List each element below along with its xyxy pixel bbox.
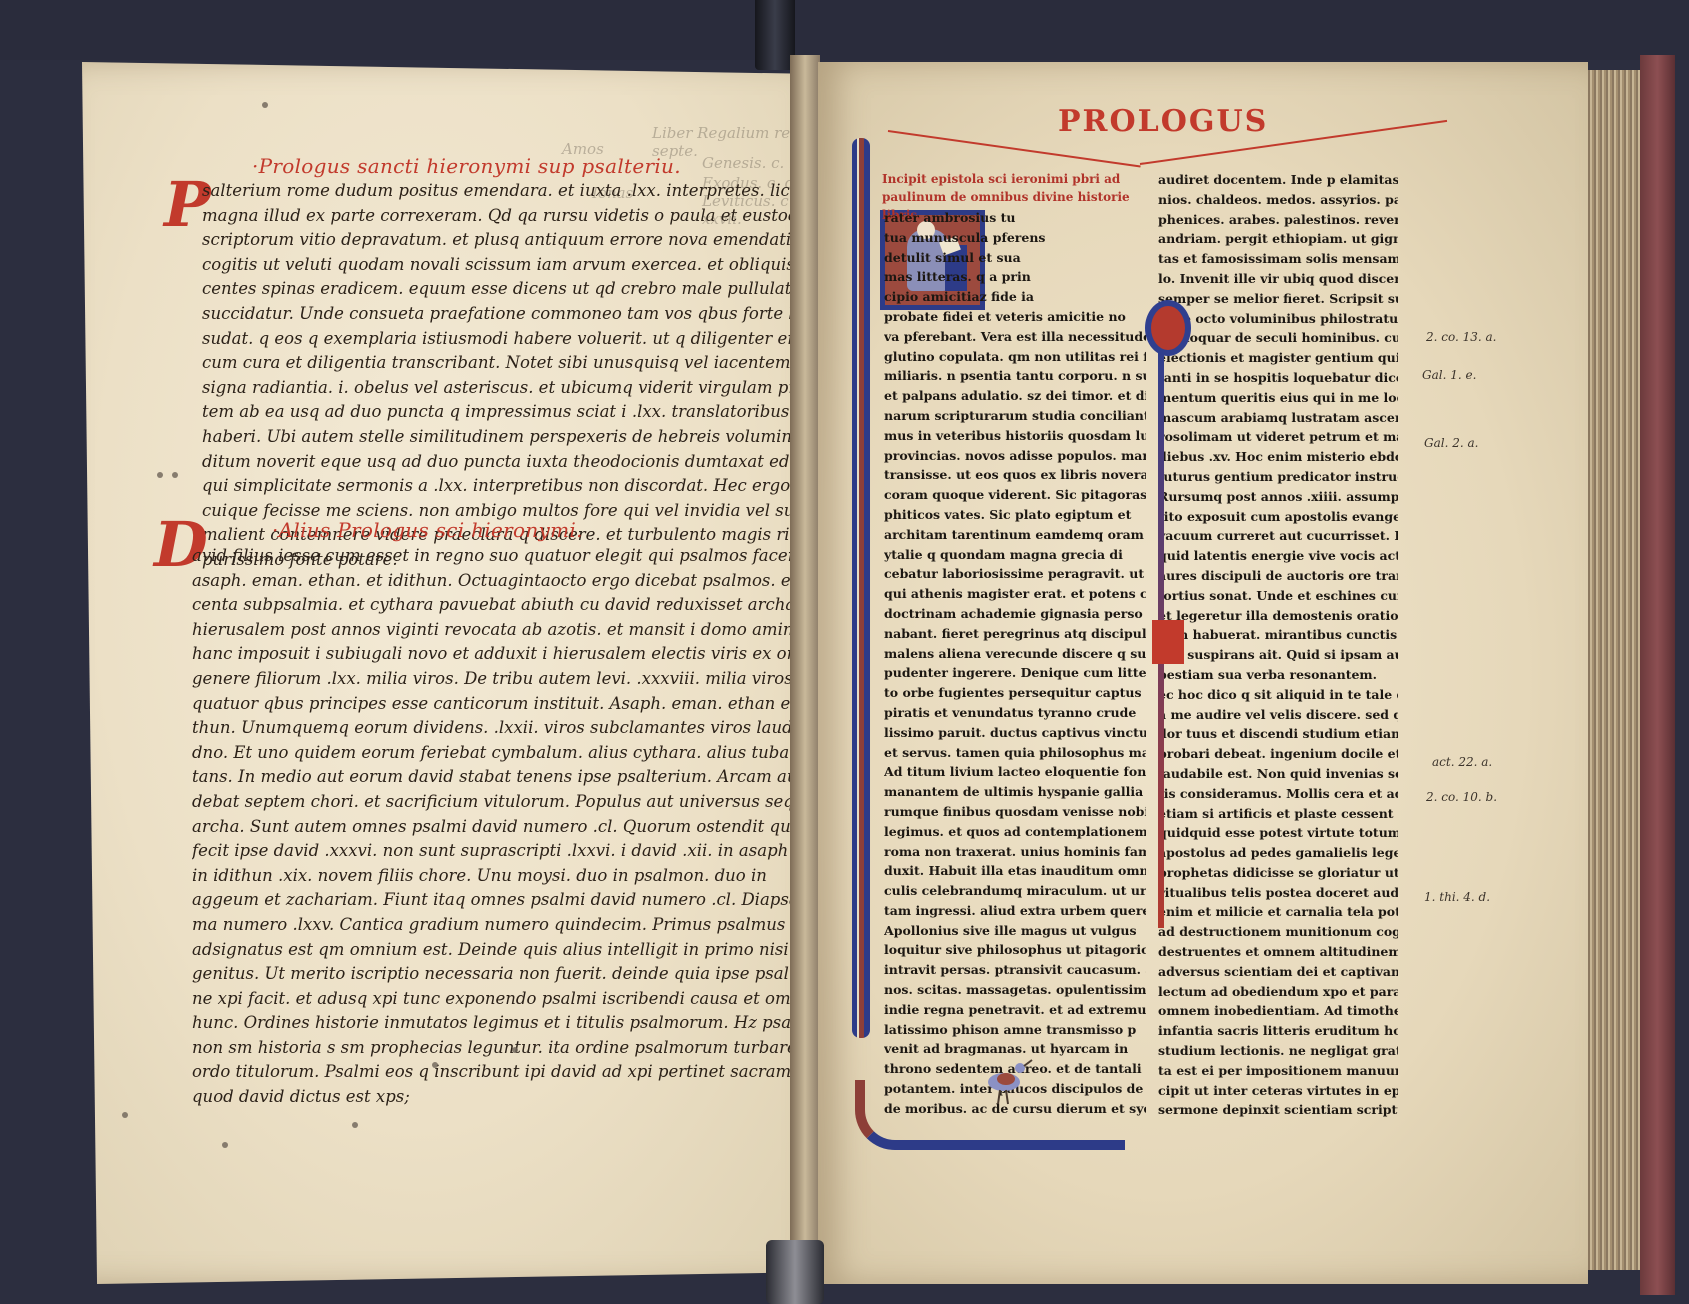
text-line: andriam. pergit ethiopiam. ut gignosofis bbox=[1158, 229, 1398, 249]
text-line: quidquid esse potest virtute totum est. … bbox=[1158, 823, 1398, 843]
text-line: archa. Sunt autem omnes psalmi david num… bbox=[192, 815, 812, 840]
text-line: lo. Invenit ille vir ubiq quod disceret.… bbox=[1158, 269, 1398, 289]
text-line: qui simplicitate sermonis a .lxx. interp… bbox=[202, 474, 812, 499]
text-line: bestiam sua verba resonantem. bbox=[1158, 665, 1398, 685]
worm-hole bbox=[122, 1112, 128, 1118]
text-line: diebus .xv. Hoc enim misterio ebdomadis … bbox=[1158, 447, 1398, 467]
text-line: fortius sonat. Unde et eschines cum rodi… bbox=[1158, 586, 1398, 606]
initial-Q bbox=[1145, 300, 1191, 356]
running-title: PROLOGUS bbox=[1058, 104, 1268, 139]
text-line: cogitis ut veluti quodam novali scissum … bbox=[202, 253, 812, 278]
text-line: phiticos vates. Sic plato egiptum et bbox=[884, 505, 1146, 525]
text-line: provincias. novos adisse populos. maria bbox=[884, 446, 1146, 466]
text-line: ad destructionem munitionum cogitationes bbox=[1158, 922, 1398, 942]
text-line: cum cura et diligentia transcribant. Not… bbox=[202, 351, 812, 376]
marginal-note: 2. co. 10. b. bbox=[1426, 790, 1497, 804]
text-line: quatuor qbus principes esse canticorum i… bbox=[192, 692, 812, 717]
text-line: pudenter ingerere. Denique cum litteras … bbox=[884, 663, 1146, 683]
text-line: nios. chaldeos. medos. assyrios. parthos… bbox=[1158, 190, 1398, 210]
text-line: signa radiantia. i. obelus vel asteriscu… bbox=[202, 376, 812, 401]
text-line: tito exposuit cum apostolis evangelium n… bbox=[1158, 507, 1398, 527]
text-line: mus in veteribus historiis quosdam lustr… bbox=[884, 426, 1146, 446]
top-clasp bbox=[755, 0, 795, 70]
worm-hole bbox=[157, 472, 163, 478]
text-line: et legeretur illa demostenis oratio quam… bbox=[1158, 606, 1398, 626]
text-line: ta est ei per impositionem manuum presby… bbox=[1158, 1061, 1398, 1081]
text-line: sermone depinxit scientiam scripturarum.… bbox=[1158, 1100, 1398, 1120]
worm-hole bbox=[512, 1047, 518, 1053]
text-line: va pferebant. Vera est illa necessitudo bbox=[884, 327, 1146, 347]
text-line: dor tuus et discendi studium etiam absq … bbox=[1158, 724, 1398, 744]
text-line: thun. Unumquemq eorum dividens. .lxxii. … bbox=[192, 716, 812, 741]
text-line: non sm historia s sm prophecias leguntur… bbox=[192, 1036, 812, 1061]
text-line: bus suspirans ait. Quid si ipsam audisse… bbox=[1158, 645, 1398, 665]
text-line: succidatur. Unde consueta praefatione co… bbox=[202, 302, 812, 327]
text-line: enim et milicie et carnalia tela potenti… bbox=[1158, 902, 1398, 922]
text-line: rater ambrosius tu bbox=[884, 208, 1146, 228]
text-line: cebatur laboriosissime peragravit. ut bbox=[884, 564, 1146, 584]
prologue-text: salterium rome dudum positus emendara. e… bbox=[202, 179, 812, 573]
text-line: genitus. Ut merito iscriptio necessaria … bbox=[192, 962, 812, 987]
text-line: phenices. arabes. palestinos. reversus a… bbox=[1158, 210, 1398, 230]
backdrop bbox=[0, 0, 1689, 60]
worm-hole bbox=[222, 1142, 228, 1148]
text-line: electionis et magister gentium qui de co… bbox=[1158, 348, 1398, 368]
text-line: hunc. Ordines historie inmutatos legimus… bbox=[192, 1011, 812, 1036]
text-line: tua munuscula pferens bbox=[884, 228, 1146, 248]
text-line: mascum arabiamq lustratam ascendit ie bbox=[1158, 408, 1398, 428]
text-line: Apollonius sive ille magus ut vulgus bbox=[884, 921, 1146, 941]
worm-hole bbox=[262, 102, 268, 108]
text-line: audiret docentem. Inde p elamitas babilo bbox=[1158, 170, 1398, 190]
gutter bbox=[790, 55, 820, 1280]
text-line: dno. Et uno quidem eorum feriebat cymbal… bbox=[192, 741, 812, 766]
text-line: adversus scientiam dei et captivantes om… bbox=[1158, 962, 1398, 982]
text-line: fecit ipse david .xxxvi. non sunt supras… bbox=[192, 839, 812, 864]
text-line: asaph. eman. ethan. et idithun. Octuagin… bbox=[192, 569, 812, 594]
text-line: detulit simul et sua bbox=[884, 248, 1146, 268]
marginal-note: Gal. 1. e. bbox=[1422, 368, 1476, 382]
text-line: centes spinas eradicem. equum esse dicen… bbox=[202, 277, 812, 302]
text-line: hierusalem post annos viginti revocata a… bbox=[192, 618, 812, 643]
text-line: ec hoc dico q sit aliquid in te tale quo… bbox=[1158, 685, 1398, 705]
text-line: aures discipuli de auctoris ore transfus… bbox=[1158, 566, 1398, 586]
text-line: omnem inobedientiam. Ad timotheum scribi… bbox=[1158, 1001, 1398, 1021]
text-line: nabant. fieret peregrinus atq discipulus… bbox=[884, 624, 1146, 644]
text-line: infantia sacris litteris eruditum hortat… bbox=[1158, 1021, 1398, 1041]
text-line: laudabile est. Non quid invenias sed qui… bbox=[1158, 764, 1398, 784]
text-line: hanc imposuit i subiugali novo et adduxi… bbox=[192, 642, 812, 667]
text-line: haberi. Ubi autem stelle similitudinem p… bbox=[202, 425, 812, 450]
text-line: indie regna penetravit. et ad extremum bbox=[884, 1000, 1146, 1020]
text-line: duxit. Habuit illa etas inauditum omnibu… bbox=[884, 861, 1146, 881]
marginal-note: act. 22. a. bbox=[1432, 755, 1492, 769]
text-line: lectum ad obediendum xpo et parati ulcis… bbox=[1158, 982, 1398, 1002]
text-line: legimus. et quos ad contemplationem sui bbox=[884, 822, 1146, 842]
text-line: tam ingressi. aliud extra urbem quereren… bbox=[884, 901, 1146, 921]
marginal-note: Gal. 2. a. bbox=[1424, 436, 1478, 450]
second-prologue-text: avid filius iesse cum esset in regno suo… bbox=[192, 544, 812, 1110]
text-line: centa subpsalmia. et cythara pavuebat ab… bbox=[192, 593, 812, 618]
fore-edge bbox=[1588, 70, 1648, 1270]
text-line: miliaris. n psentia tantu corporu. n sub… bbox=[884, 366, 1146, 386]
text-line: ritualibus telis postea doceret audenter… bbox=[1158, 883, 1398, 903]
text-line: vacuum curreret aut cucurrisset. Habet n… bbox=[1158, 526, 1398, 546]
leather-cover bbox=[1640, 55, 1675, 1295]
text-line: sudat. q eos q exemplaria istiusmodi hab… bbox=[202, 327, 812, 352]
text-line: nos. scitas. massagetas. opulentissima bbox=[884, 980, 1146, 1000]
text-line: futurus gentium predicator instruendus e… bbox=[1158, 467, 1398, 487]
text-line: roma non traxerat. unius hominis fama pe… bbox=[884, 842, 1146, 862]
text-line: cipio amicitiaz fide ia bbox=[884, 287, 1146, 307]
text-line: cipit ut inter ceteras virtutes in episc… bbox=[1158, 1081, 1398, 1101]
text-line: etiam si artificis et plaste cessent man… bbox=[1158, 804, 1398, 824]
text-line: avid filius iesse cum esset in regno suo… bbox=[192, 544, 812, 569]
text-line: ne xpi facit. et adusq xpi tunc exponend… bbox=[192, 987, 812, 1012]
text-line: latissimo phison amne transmisso p bbox=[884, 1020, 1146, 1040]
text-line: Rursumq post annos .xiiii. assumpto barn… bbox=[1158, 487, 1398, 507]
text-line: salterium rome dudum positus emendara. e… bbox=[202, 179, 812, 204]
text-line: sime octo voluminibus philostratus. bbox=[1158, 309, 1398, 329]
text-line: probate fidei et veteris amicitie no bbox=[884, 307, 1146, 327]
text-line: architam tarentinum eamdemq oram bbox=[884, 525, 1146, 545]
text-line: ordo titulorum. Psalmi eos q inscribunt … bbox=[192, 1060, 812, 1085]
text-column-b: audiret docentem. Inde p elamitas babilo… bbox=[1158, 170, 1398, 1120]
text-line: quod david dictus est xps; bbox=[192, 1085, 812, 1110]
text-line: transisse. ut eos quos ex libris noveran… bbox=[884, 465, 1146, 485]
text-line: loquitur sive philosophus ut pitagorici … bbox=[884, 940, 1146, 960]
text-line: tem ab ea usq ad duo puncta q impressimu… bbox=[202, 400, 812, 425]
text-line: qui athenis magister erat. et potens cui… bbox=[884, 584, 1146, 604]
initial-N bbox=[1152, 620, 1184, 664]
text-line: et servus. tamen quia philosophus maior … bbox=[884, 743, 1146, 763]
text-line: semper se melior fieret. Scripsit super … bbox=[1158, 289, 1398, 309]
text-line: mas litteras. q a prin bbox=[884, 267, 1146, 287]
text-line: in idithun .xix. novem filiis chore. Unu… bbox=[192, 864, 812, 889]
text-line: Ad titum livium lacteo eloquentie fonte bbox=[884, 762, 1146, 782]
text-line: studium lectionis. ne negligat gratiam q… bbox=[1158, 1041, 1398, 1061]
text-line: aggeum et zachariam. Fiunt itaq omnes ps… bbox=[192, 888, 812, 913]
text-line: intravit persas. ptransivit caucasum. al… bbox=[884, 960, 1146, 980]
text-line: adsignatus est qm omnium est. Deinde qui… bbox=[192, 938, 812, 963]
text-line: magna illud ex parte correxeram. Qd qa r… bbox=[202, 204, 812, 229]
text-line: a me audire vel velis discere. sed quia … bbox=[1158, 705, 1398, 725]
text-line: scriptorum vitio depravatum. et plusq an… bbox=[202, 228, 812, 253]
text-line: ma numero .lxxv. Cantica gradium numero … bbox=[192, 913, 812, 938]
text-line: ditum noverit eque usq ad duo puncta iux… bbox=[202, 450, 812, 475]
text-line: ytalie q quondam magna grecia di bbox=[884, 545, 1146, 565]
text-line: debat septem chori. et sacrificium vitul… bbox=[192, 790, 812, 815]
show-through-note: Genesis. c. i. bbox=[702, 154, 799, 172]
text-line: lissimo paruit. ductus captivus vinctus bbox=[884, 723, 1146, 743]
text-line: tans. In medio aut eorum david stabat te… bbox=[192, 765, 812, 790]
text-line: tis consideramus. Mollis cera et ad form… bbox=[1158, 784, 1398, 804]
worm-hole bbox=[352, 1122, 358, 1128]
text-line: piratis et venundatus tyranno crude bbox=[884, 703, 1146, 723]
worm-hole bbox=[172, 472, 178, 478]
text-line: apostolus ad pedes gamalielis legem moys… bbox=[1158, 843, 1398, 863]
text-line: narum scripturarum studia conciliant. Le… bbox=[884, 406, 1146, 426]
text-line: uid loquar de seculi hominibus. cum apos… bbox=[1158, 328, 1398, 348]
text-line: glutino copulata. qm non utilitas rei fa bbox=[884, 347, 1146, 367]
text-line: rumque finibus quosdam venisse nobiles bbox=[884, 802, 1146, 822]
marginal-note: 1. thi. 4. d. bbox=[1424, 890, 1490, 904]
marginal-note: 2. co. 13. a. bbox=[1426, 330, 1497, 344]
bottom-clasp bbox=[766, 1240, 824, 1304]
text-line: prophetas didicisse se gloriatur ut arma… bbox=[1158, 863, 1398, 883]
border-vine bbox=[852, 138, 870, 1038]
text-line: destruentes et omnem altitudinem extolle… bbox=[1158, 942, 1398, 962]
worm-hole bbox=[432, 1062, 438, 1068]
text-line: malens aliena verecunde discere q sua im bbox=[884, 644, 1146, 664]
text-line: rosolimam ut videret petrum et mansit ap… bbox=[1158, 427, 1398, 447]
text-line: tanti in se hospitis loquebatur dicens. … bbox=[1158, 368, 1398, 388]
second-prologue-heading: ·Alius Prologus sci hieronymi. bbox=[272, 518, 583, 542]
text-line: coram quoque viderent. Sic pitagoras me bbox=[884, 485, 1146, 505]
text-line: et palpans adulatio. sz dei timor. et di… bbox=[884, 386, 1146, 406]
text-line: probari debeat. ingenium docile et sine … bbox=[1158, 744, 1398, 764]
text-line: tas et famosissimam solis mensam videret… bbox=[1158, 249, 1398, 269]
text-line: to orbe fugientes persequitur captus a bbox=[884, 683, 1146, 703]
left-folio: Liber Regalium reg. septe. Amos Genesis.… bbox=[82, 62, 834, 1284]
prologue-heading: ·Prologus sancti hieronymi sup psalteriu… bbox=[252, 154, 681, 178]
text-line: eum habuerat. mirantibus cunctis atq lau… bbox=[1158, 625, 1398, 645]
text-line: manantem de ultimis hyspanie gallia bbox=[884, 782, 1146, 802]
text-line: culis celebrandumq miraculum. ut urbem t… bbox=[884, 881, 1146, 901]
text-line: quid latentis energie vive vocis actus. … bbox=[1158, 546, 1398, 566]
text-column-a: rater ambrosius tutua munuscula pferensd… bbox=[884, 208, 1146, 1119]
text-line: mentum queritis eius qui in me loquitur … bbox=[1158, 388, 1398, 408]
text-line: doctrinam achademie gignasia perso bbox=[884, 604, 1146, 624]
text-line: genere filiorum .lxx. milia viros. De tr… bbox=[192, 667, 812, 692]
bird-drollery bbox=[980, 1050, 1040, 1110]
